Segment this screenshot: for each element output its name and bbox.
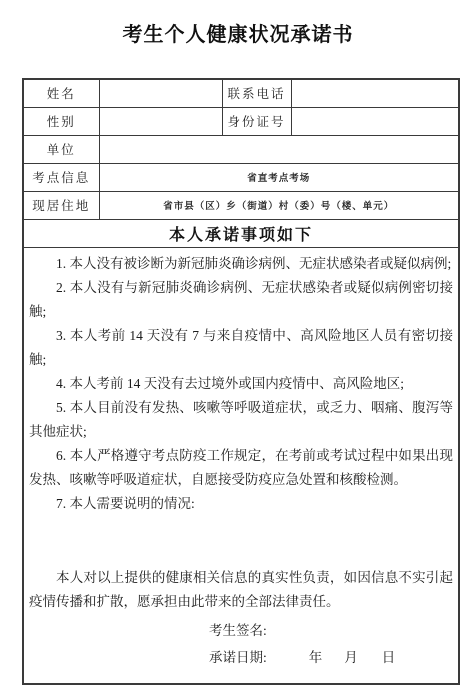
gender-label: 性别: [23, 107, 99, 135]
commitment-item-4: 4. 本人考前 14 天没有去过境外或国内疫情中、高风险地区;: [29, 372, 453, 396]
table-row: 姓名 联系电话: [23, 79, 459, 107]
id-number-label: 身份证号: [222, 107, 291, 135]
gender-value: [99, 107, 222, 135]
name-value: [99, 79, 222, 107]
phone-value: [291, 79, 459, 107]
table-row: 性别 身份证号: [23, 107, 459, 135]
table-row: 本人承诺事项如下: [23, 219, 459, 247]
document-title: 考生个人健康状况承诺书: [0, 18, 476, 47]
table-row: 现居住地 省市县（区）乡（街道）村（委）号（楼、单元）: [23, 191, 459, 219]
unit-value: [99, 135, 459, 163]
year-label: 年: [309, 644, 323, 671]
health-commitment-document: 考生个人健康状况承诺书 姓名 联系电话 性别 身份证号 单位 考: [0, 0, 476, 694]
date-label: 承诺日期:: [209, 644, 267, 671]
signature-block: 考生签名: 承诺日期: 年 月 日: [209, 617, 453, 671]
day-label: 日: [382, 644, 396, 671]
phone-label: 联系电话: [222, 79, 291, 107]
info-table: 姓名 联系电话 性别 身份证号 单位 考点信息 省直考点考场 现居住地: [22, 78, 460, 685]
id-number-value: [291, 107, 459, 135]
site-info-label: 考点信息: [23, 163, 99, 191]
commitment-item-3: 3. 本人考前 14 天没有 7 与来自疫情中、高风险地区人员有密切接触;: [29, 324, 453, 372]
commitment-item-1: 1. 本人没有被诊断为新冠肺炎确诊病例、无症状感染者或疑似病例;: [29, 252, 453, 276]
residence-value: 省市县（区）乡（街道）村（委）号（楼、单元）: [99, 191, 459, 219]
declaration-paragraph: 本人对以上提供的健康相关信息的真实性负责，如因信息不实引起疫情传播和扩散，愿承担…: [29, 566, 453, 614]
commitment-content-cell: 1. 本人没有被诊断为新冠肺炎确诊病例、无症状感染者或疑似病例; 2. 本人没有…: [23, 247, 459, 684]
name-label: 姓名: [23, 79, 99, 107]
commitment-item-7: 7. 本人需要说明的情况:: [29, 492, 453, 516]
table-row: 考点信息 省直考点考场: [23, 163, 459, 191]
commitment-heading: 本人承诺事项如下: [23, 219, 459, 247]
table-row: 单位: [23, 135, 459, 163]
commitment-item-2: 2. 本人没有与新冠肺炎确诊病例、无症状感染者或疑似病例密切接触;: [29, 276, 453, 324]
commitment-item-6: 6. 本人严格遵守考点防疫工作规定，在考前或考试过程中如果出现发热、咳嗽等呼吸道…: [29, 444, 453, 492]
signature-label: 考生签名:: [209, 617, 453, 644]
table-row: 1. 本人没有被诊断为新冠肺炎确诊病例、无症状感染者或疑似病例; 2. 本人没有…: [23, 247, 459, 684]
month-label: 月: [344, 644, 358, 671]
unit-label: 单位: [23, 135, 99, 163]
commitment-date-line: 承诺日期: 年 月 日: [209, 644, 453, 671]
commitment-item-5: 5. 本人目前没有发热、咳嗽等呼吸道症状，或乏力、咽痛、腹泻等其他症状;: [29, 396, 453, 444]
residence-label: 现居住地: [23, 191, 99, 219]
site-info-value: 省直考点考场: [99, 163, 459, 191]
